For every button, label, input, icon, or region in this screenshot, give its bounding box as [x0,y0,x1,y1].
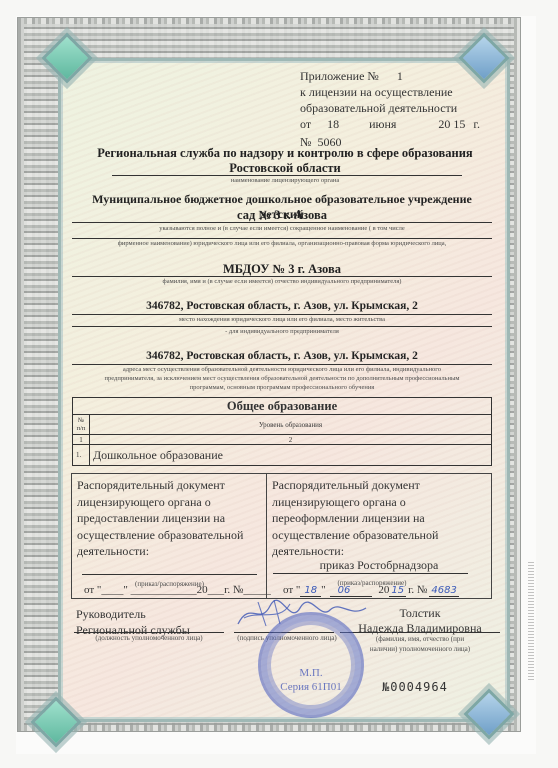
appendix-month: июня [369,116,396,132]
index-cell-1: 1 [73,435,90,445]
reissue-doc-text: Распорядительный документ лицензирующего… [267,474,491,560]
org-caption-6-line2: предпринимателя, за исключением мест осу… [72,375,492,382]
index-cell-2: 2 [90,435,492,445]
form-series: Серия 61П01 [261,681,361,693]
document-content: Приложение №1 к лицензии на осуществлени… [0,0,558,768]
reissue-document-box: Распорядительный документ лицензирующего… [266,473,492,599]
issuer-caption: наименование лицензирующего органа [80,177,490,184]
org-caption-4: место нахождения юридического лица или е… [72,316,492,323]
appendix-from-label: от [300,116,311,132]
org-caption-2: фирменное наименование) юридического лиц… [72,240,492,247]
signatory-position-line1: Руководитель [76,606,190,622]
org-legal-address: 346782, Ростовская область, г. Азов, ул.… [72,300,492,312]
name-caption-line2: наличии) уполномоченного лица) [340,644,500,654]
divider [72,276,492,277]
issuer-name-line2: Ростовской области [80,161,490,176]
reissue-year-prefix: 20 [378,584,389,596]
divider [112,175,462,176]
appendix-line2: к лицензии на осуществление [300,84,480,100]
org-caption-6-line3: программам, основным программам професси… [72,384,492,391]
reissue-doc-value: приказ Ростобрнадзора [267,557,491,574]
form-number: №0004964 [382,680,448,694]
table-row: 1. Дошкольное образование [73,445,492,466]
appendix-label: Приложение № [300,68,379,84]
divider [82,574,257,575]
reissue-year: 15 [389,585,406,597]
name-caption-line1: (фамилия, имя, отчество (при [340,634,500,644]
signatory-position-caption: (должность уполномоченного лица) [74,634,224,642]
org-caption-3: фамилия, имя и (в случае если имеется) о… [72,278,492,285]
org-caption-6-line1: адреса мест осуществления образовательно… [72,366,492,373]
col-level-header: Уровень образования [90,415,492,435]
seal-label: М.П. [261,667,361,679]
signatory-name-caption: (фамилия, имя, отчество (при наличии) уп… [340,634,500,654]
appendix-day: 18 [327,116,339,132]
divider [273,573,468,574]
education-levels-table: Общее образование № п/п Уровень образова… [72,397,492,466]
official-seal: М.П. Серия 61П01 [258,612,364,718]
reissue-number: 4683 [429,585,458,597]
org-short-name: МБДОУ № 3 г. Азова [72,262,492,277]
appendix-year-suffix: г. [473,116,480,132]
reissue-year-suffix: г. № [408,584,427,596]
divider [72,364,492,365]
org-activity-address: 346782, Ростовская область, г. Азов, ул.… [72,350,492,362]
row-level: Дошкольное образование [90,445,492,466]
divider [72,222,492,223]
divider [72,238,492,239]
row-num: 1. [73,445,90,466]
org-full-name-line2: сад № 3 г. Азова [72,208,492,223]
issuer-name-line1: Региональная служба по надзору и контрол… [80,146,490,161]
divider [72,326,492,327]
reissue-from-label: от " [283,584,300,596]
col-num-header: № п/п [73,415,90,435]
divider [74,632,224,633]
grant-document-box: Распорядительный документ лицензирующего… [71,473,267,599]
divider [72,314,492,315]
org-caption-5: - для индивидуального предпринимателя [72,328,492,335]
org-caption-1: указываются полное и (в случае если имее… [72,225,492,232]
appendix-number: 1 [397,68,403,84]
appendix-line3: образовательной деятельности [300,100,480,116]
table-title: Общее образование [73,398,492,415]
divider [340,632,500,633]
grant-doc-text: Распорядительный документ лицензирующего… [72,474,267,560]
appendix-header: Приложение №1 к лицензии на осуществлени… [300,68,480,150]
appendix-year: 20 15 [438,116,465,132]
